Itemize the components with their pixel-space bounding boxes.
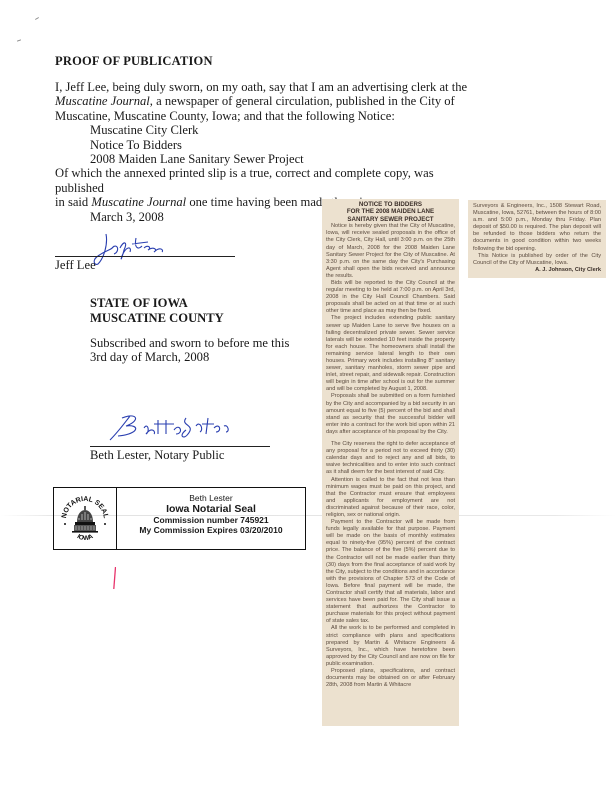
jurat-line-2: 3rd day of March, 2008 xyxy=(90,350,289,364)
red-pen-mark xyxy=(113,567,116,589)
affidavit-line-4: Of which the annexed printed slip is a t… xyxy=(55,166,434,194)
clipping-paragraph: Notice is hereby given that the City of … xyxy=(326,223,455,280)
clipping-heading-line: SANITARY SEWER PROJECT xyxy=(326,216,455,223)
scan-speck xyxy=(17,39,21,41)
affidavit-line-3: Muscatine, Muscatine County, Iowa; and t… xyxy=(55,109,395,123)
clipping-paragraph: Bids will be reported to the City Counci… xyxy=(326,280,455,315)
clipping-signature: A. J. Johnson, City Clerk xyxy=(473,267,601,274)
notary-name: Beth Lester, Notary Public xyxy=(90,448,225,463)
affidavit-line-5a: in said xyxy=(55,195,91,209)
state-name: STATE OF IOWA xyxy=(90,296,224,311)
clipping-heading-line: FOR THE 2008 MAIDEN LANE xyxy=(326,208,455,215)
clipping-paragraph: All the work is to be performed and comp… xyxy=(326,625,455,668)
notarial-seal-stamp: NOTARIAL SEAL IOWA Beth Lester Iowa Nota… xyxy=(53,487,306,550)
jurat-line-1: Subscribed and sworn to before me this xyxy=(90,336,289,350)
clipping-paragraph: Proposals shall be submitted on a form f… xyxy=(326,393,455,436)
notarial-seal-emblem: NOTARIAL SEAL IOWA xyxy=(54,488,117,549)
seal-notary-name: Beth Lester xyxy=(117,493,305,503)
affiant-signature xyxy=(92,228,172,268)
affidavit-line-2: , a newspaper of general circulation, pu… xyxy=(150,94,455,108)
document-title: PROOF OF PUBLICATION xyxy=(55,54,213,69)
capitol-dome-icon: NOTARIAL SEAL IOWA xyxy=(58,492,112,546)
seal-title: Iowa Notarial Seal xyxy=(117,503,305,515)
clipping-paragraph: The project includes extending public sa… xyxy=(326,315,455,393)
county-name: MUSCATINE COUNTY xyxy=(90,311,224,326)
jurisdiction: STATE OF IOWA MUSCATINE COUNTY xyxy=(90,296,224,326)
newspaper-clipping-continuation: Surveyors & Engineers, Inc., 1508 Stewar… xyxy=(468,200,606,278)
notary-signature xyxy=(100,412,250,442)
seal-commission-expiry: My Commission Expires 03/20/2010 xyxy=(117,525,305,535)
clipping-heading: NOTICE TO BIDDERS FOR THE 2008 MAIDEN LA… xyxy=(326,201,455,223)
affidavit-line-1: I, Jeff Lee, being duly sworn, on my oat… xyxy=(55,80,467,94)
clipping-paragraph: This Notice is published by order of the… xyxy=(473,253,601,267)
notice-item: Muscatine City Clerk xyxy=(55,123,475,137)
affiant-signature-line xyxy=(55,256,235,257)
notary-signature-line xyxy=(90,446,270,447)
jurat: Subscribed and sworn to before me this 3… xyxy=(90,336,289,365)
newspaper-clipping: NOTICE TO BIDDERS FOR THE 2008 MAIDEN LA… xyxy=(322,199,459,726)
seal-state-text: IOWA xyxy=(76,532,95,541)
publication-name: Muscatine Journal xyxy=(55,94,150,108)
clipping-paragraph: Proposed plans, specifications, and cont… xyxy=(326,668,455,689)
scan-speck xyxy=(35,17,39,20)
clipping-heading-line: NOTICE TO BIDDERS xyxy=(326,201,455,208)
affiant-name: Jeff Lee xyxy=(55,258,96,273)
svg-text:IOWA: IOWA xyxy=(76,532,95,541)
clipping-paragraph: Attention is called to the fact that not… xyxy=(326,477,455,520)
clipping-paragraph: Surveyors & Engineers, Inc., 1508 Stewar… xyxy=(473,203,601,253)
publication-name: Muscatine Journal xyxy=(91,195,186,209)
seal-commission-number: Commission number 745921 xyxy=(117,515,305,525)
clipping-paragraph: Payment to the Contractor will be made f… xyxy=(326,519,455,625)
notice-item: 2008 Maiden Lane Sanitary Sewer Project xyxy=(55,152,475,166)
clipping-paragraph: The City reserves the right to defer acc… xyxy=(326,441,455,476)
notice-item: Notice To Bidders xyxy=(55,138,475,152)
seal-details: Beth Lester Iowa Notarial Seal Commissio… xyxy=(117,488,305,549)
